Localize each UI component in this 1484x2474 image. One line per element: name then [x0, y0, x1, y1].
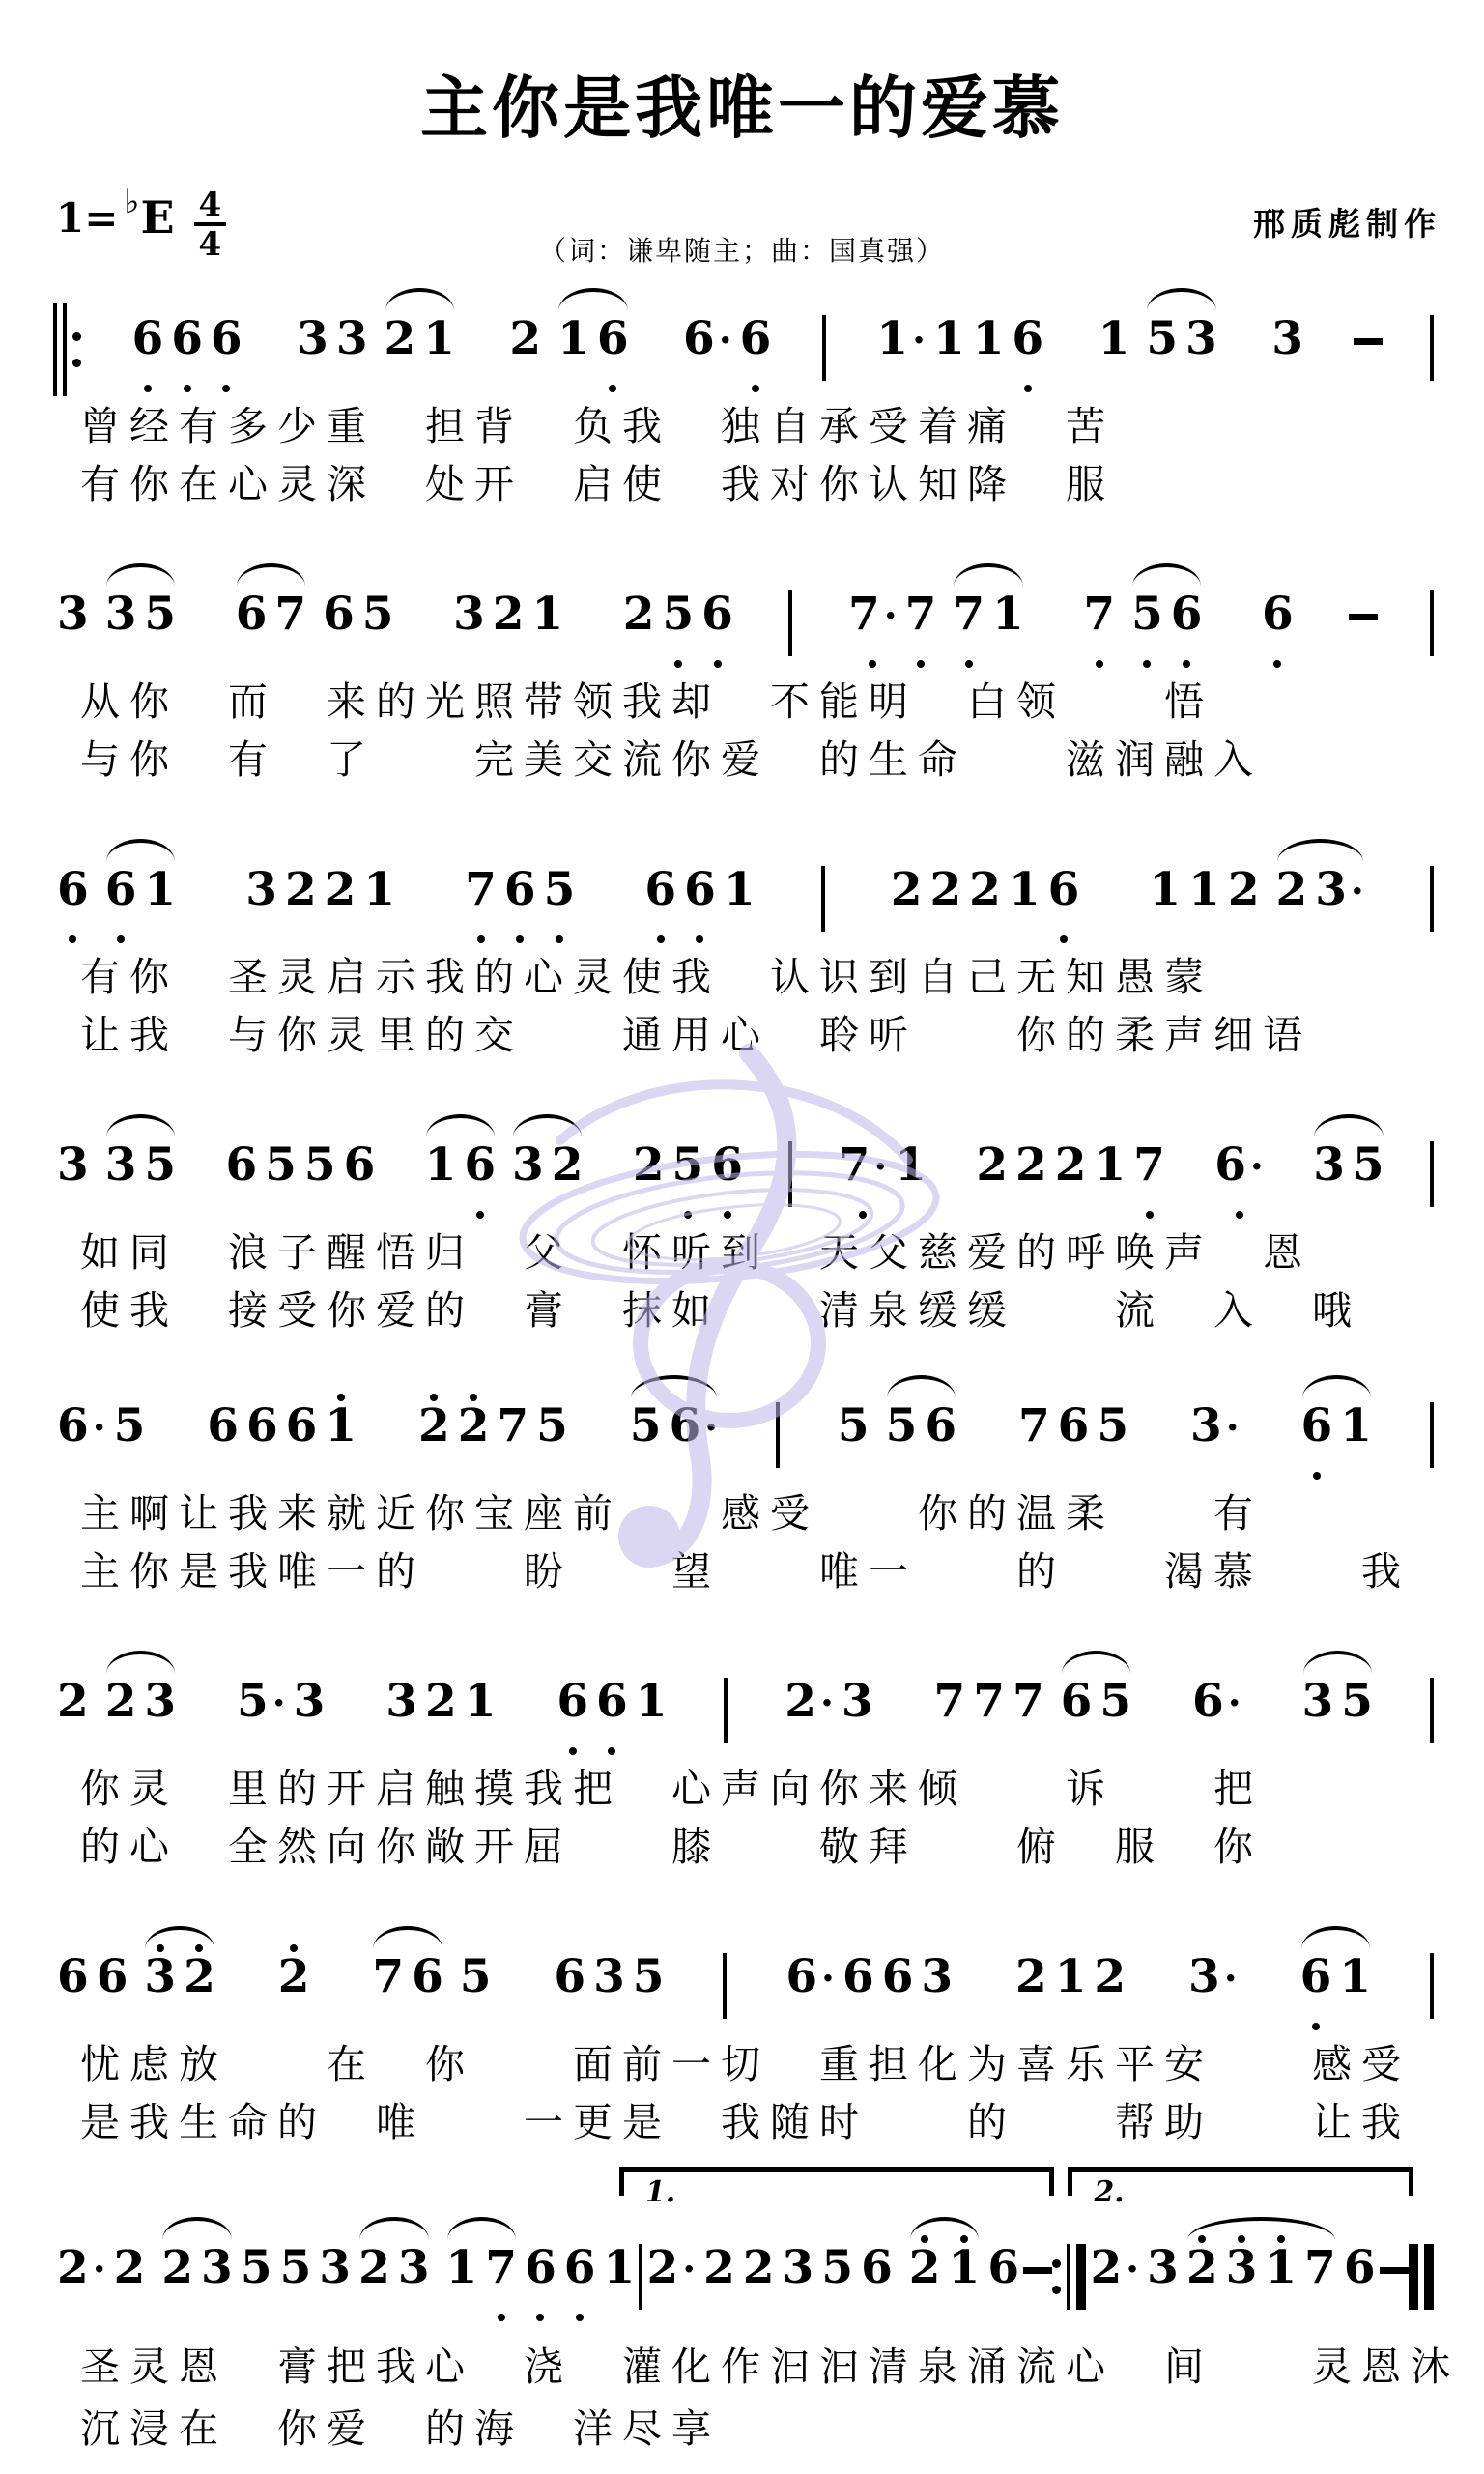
- note: 3: [779, 2232, 818, 2322]
- note: 6·: [1211, 1130, 1268, 1220]
- underline-beams: [1182, 364, 1221, 380]
- underline-beams: [629, 1191, 669, 1206]
- beat-cell: 256: [629, 1130, 747, 1220]
- underline-beams: [930, 1727, 970, 1742]
- underline-beams: [629, 2002, 669, 2018]
- note: 6: [593, 303, 633, 393]
- underline-beams: [926, 915, 965, 931]
- lyrics-line-1: 忧虑放 在 你 面前一切 重担化为喜乐平安 感受: [80, 2032, 1411, 2089]
- note-digit: 6: [1061, 1680, 1093, 1724]
- note-group: 321: [449, 579, 567, 669]
- repeat-dot: [1052, 2259, 1061, 2268]
- note: 6: [1340, 2232, 1380, 2322]
- note-digit: 6: [323, 592, 355, 637]
- note: 6: [984, 2232, 1023, 2322]
- note-digit: 5: [1099, 1680, 1131, 1724]
- notation-line: 66633212166·61·1161533: [53, 303, 1434, 396]
- lyrics-line-1: 圣灵恩 膏把我心 浇 灌化作汩汩清泉涌流心 间 灵恩沐 浴: [80, 2335, 1484, 2392]
- volta-bracket-2: 2.: [1068, 2167, 1413, 2196]
- note: 2: [281, 854, 321, 944]
- octave-dot-below: [1083, 655, 1115, 669]
- octave-dot-spacer: [886, 1467, 918, 1481]
- underline-beams: [358, 640, 398, 655]
- underline-beams: [1309, 1191, 1349, 1206]
- note-digit: 6: [211, 317, 243, 361]
- note-group: 2·223: [642, 2232, 817, 2322]
- note-digit: 2: [325, 868, 357, 912]
- note: 6: [232, 579, 271, 669]
- note-digit: 5: [144, 1143, 176, 1188]
- note-digit: 2·: [646, 2246, 696, 2290]
- barline: [788, 1141, 792, 1207]
- octave-dot-below: [544, 931, 576, 944]
- beat-cell: 35: [1309, 1130, 1387, 1220]
- underline-beams: [1184, 915, 1224, 931]
- underline-beams: [882, 1452, 922, 1467]
- underline-beams: [548, 1191, 587, 1206]
- note-group: 3: [1268, 303, 1307, 393]
- note-digit: 6: [1344, 2246, 1376, 2290]
- underline-beams: [237, 2293, 276, 2309]
- underline-beams: [1298, 1727, 1338, 1742]
- note-digit: 1: [325, 1404, 357, 1449]
- underline-beams: [619, 640, 659, 655]
- underline-beams: [1298, 1452, 1337, 1467]
- note-digit: 2: [278, 1955, 310, 1999]
- octave-dot-spacer: [1149, 931, 1181, 944]
- underline-beams: [1086, 2293, 1143, 2309]
- note-group: 56: [817, 2232, 896, 2322]
- octave-dot-spacer: [1185, 380, 1217, 393]
- octave-dot-spacer: [861, 2309, 893, 2322]
- underline-beams: [838, 1727, 877, 1742]
- note-digit: 6·: [57, 1404, 106, 1449]
- octave-dot-spacer: [973, 380, 1005, 393]
- beat-cell: 22217: [972, 1130, 1169, 1220]
- underline-beams: [449, 640, 489, 655]
- beat-cell: 1·116: [872, 303, 1047, 393]
- note: 7: [271, 579, 310, 669]
- note: 3: [589, 1942, 629, 2031]
- note: 6: [460, 1130, 499, 1220]
- underline-beams: [53, 2002, 93, 2018]
- note: 2: [110, 2232, 150, 2322]
- note: 5: [358, 579, 398, 669]
- octave-dot-spacer: [909, 2309, 941, 2322]
- note-digit: 7: [934, 1680, 966, 1724]
- note: 2: [1051, 1130, 1091, 1220]
- octave-dot-below: [1301, 1467, 1333, 1481]
- note-digit: 2: [969, 868, 1001, 912]
- note-group: 5·3: [233, 1666, 328, 1756]
- note-digit: 2: [358, 2246, 390, 2290]
- note: 6: [1008, 303, 1047, 393]
- underline-beams: [101, 1191, 141, 1206]
- underline-beams: [1145, 915, 1184, 931]
- octave-dot-below: [485, 2309, 517, 2322]
- underline-beams: [1335, 2002, 1375, 2018]
- beat-cell: 22216: [887, 854, 1084, 944]
- octave-dot-spacer: [385, 380, 416, 393]
- underline-beams: [878, 2002, 918, 2018]
- note: 1: [632, 1666, 671, 1756]
- underline-beams: [456, 2002, 496, 2018]
- note-digit: 3: [105, 592, 137, 637]
- beat-cell: 35: [1298, 1666, 1377, 1756]
- octave-dot-spacer: [934, 1742, 966, 1756]
- note-digit: 3: [453, 592, 485, 637]
- system-4: 335655616322567·1222176·35如同 浪子醒悟归 父 怀听到…: [53, 1108, 1434, 1381]
- note-digit: 3: [1147, 2246, 1179, 2290]
- note-group: 6661: [203, 1391, 360, 1481]
- octave-dot-below: [1300, 2018, 1332, 2031]
- note-group: 2·3: [781, 1666, 876, 1756]
- octave-dot-spacer: [105, 1742, 137, 1756]
- octave-dot-spacer: [57, 1467, 106, 1481]
- lyrics-line-2: 沉浸在 你爱 的海 洋尽享: [80, 2397, 721, 2454]
- octave-dot-spacer: [201, 2309, 233, 2322]
- note-digit: 6·: [683, 317, 732, 361]
- note-digit: 7: [1133, 1143, 1165, 1188]
- note: 3: [1143, 2232, 1183, 2322]
- note: 1: [140, 854, 180, 944]
- note: 2: [1090, 1942, 1129, 2031]
- lyrics-line-2: 使我 接受你爱的 膏 抹如 清泉缓缓 流 入 哦: [80, 1279, 1361, 1336]
- octave-dot-below: [740, 380, 772, 393]
- note-group: 6: [1340, 2232, 1380, 2322]
- final-barline: [1409, 2232, 1434, 2310]
- underline-beams: [281, 915, 321, 931]
- slur-group: 21: [381, 303, 459, 393]
- note-group: 6556: [221, 1130, 379, 1220]
- octave-dot-spacer: [1226, 2309, 1258, 2322]
- octave-dot-spacer: [593, 2018, 625, 2031]
- note-digit: 3: [1313, 1143, 1345, 1188]
- underline-beams: [381, 364, 420, 380]
- underline-beams: [1009, 1727, 1048, 1742]
- beat-cell: 321: [382, 1666, 499, 1756]
- underline-beams: [835, 1191, 892, 1206]
- octave-dot-spacer: [1190, 1467, 1240, 1481]
- note-digit: 1: [1339, 1955, 1371, 1999]
- note: 2·: [642, 2232, 699, 2322]
- beat-cell: 3221: [242, 854, 399, 944]
- beat-cell: 2317: [355, 2232, 521, 2322]
- underline-beams: [1090, 2002, 1129, 2018]
- beat-cell: 6·: [1211, 1130, 1268, 1220]
- note: 2: [739, 2232, 779, 2322]
- underline-beams: [1051, 1191, 1091, 1206]
- underline-beams: [274, 2002, 314, 2018]
- note: 2: [972, 1130, 1012, 1220]
- note-digit: 1: [992, 592, 1024, 637]
- note: 6: [93, 1942, 132, 2031]
- underline-beams: [554, 364, 593, 380]
- note-digit: 1: [604, 2246, 636, 2290]
- beat-cell: 2317: [1183, 2232, 1340, 2322]
- underline-beams: [300, 1191, 340, 1206]
- note: 7: [1009, 1666, 1048, 1756]
- beat-cell: 223: [53, 1666, 180, 1756]
- note: 5: [629, 1942, 669, 2031]
- note-group: 1: [1095, 303, 1134, 393]
- underline-beams: [642, 2293, 699, 2309]
- octave-dot-spacer: [225, 1206, 257, 1220]
- octave-dot-spacer: [1009, 931, 1041, 944]
- beat-cell: 6: [1258, 579, 1298, 669]
- underline-beams: [282, 1452, 322, 1467]
- underline-beams: [779, 2293, 818, 2309]
- underline-beams: [781, 1727, 838, 1742]
- slur-group: 71: [949, 579, 1027, 669]
- repeat-dot: [72, 332, 81, 341]
- note-group: 661: [521, 2232, 639, 2322]
- note-digit: 6: [556, 1680, 588, 1724]
- note: 7: [461, 854, 500, 944]
- underline-beams: [460, 1191, 499, 1206]
- underline-beams: [540, 915, 580, 931]
- slur-group: 35: [1298, 1666, 1377, 1756]
- note-group: 65: [319, 579, 397, 669]
- note-digit: 7: [953, 592, 985, 637]
- octave-dot-spacer: [1186, 2309, 1218, 2322]
- note-digit: 6·: [1192, 1680, 1241, 1724]
- note: 6: [408, 1942, 447, 2031]
- underline-beams: [1349, 1191, 1388, 1206]
- beat-cell: 2: [274, 1942, 314, 2031]
- note-digit: 5: [362, 592, 394, 637]
- octave-dot-spacer: [552, 1206, 584, 1220]
- note: 6: [921, 1391, 960, 1481]
- octave-dot-spacer: [554, 2018, 585, 2031]
- slur-group: 35: [101, 579, 180, 669]
- lyrics-line-2: 主你是我唯一的 盼 望 唯一 的 渴慕 我: [80, 1539, 1411, 1597]
- note-digit: 6: [1012, 317, 1043, 361]
- note: 6: [1044, 854, 1084, 944]
- note-digit: 5: [144, 592, 176, 637]
- note-digit: 6: [925, 1404, 956, 1449]
- underline-beams: [140, 2002, 180, 2018]
- note-digit: 2: [891, 868, 923, 912]
- octave-dot-spacer: [925, 1467, 956, 1481]
- barline: [1430, 866, 1434, 932]
- note: 3·: [1184, 1942, 1241, 2031]
- beat-cell: 3321: [293, 303, 459, 393]
- octave-dot-spacer: [57, 2018, 89, 2031]
- note: 1: [1184, 854, 1224, 944]
- octave-dot-spacer: [785, 1742, 834, 1756]
- underline-beams: [157, 2293, 197, 2309]
- barline: [1430, 315, 1434, 381]
- note: 1: [929, 303, 969, 393]
- underline-beams: [340, 1191, 380, 1206]
- note: 1: [988, 579, 1028, 669]
- note-digit: 3: [57, 1143, 89, 1188]
- note-digit: 7: [973, 1680, 1005, 1724]
- underline-beams: [1012, 2002, 1051, 2018]
- underline-beams: [1142, 364, 1182, 380]
- note-digit: 2: [458, 1404, 490, 1449]
- thick-barline: [1409, 2244, 1418, 2310]
- note-digit: 2: [1186, 2246, 1218, 2290]
- notation-line: 663227656356·6632123·61: [53, 1942, 1434, 2031]
- augmentation-dot: ·: [89, 2251, 106, 2289]
- note: 6·: [1188, 1666, 1245, 1756]
- beat-cell: 2·223: [642, 2232, 817, 2322]
- note: 2: [414, 1391, 454, 1481]
- note-digit: 2: [285, 868, 317, 912]
- note-digit: 3: [783, 2246, 814, 2290]
- note-digit: 7: [497, 1404, 528, 1449]
- barline: [63, 303, 67, 396]
- octave-dot-below: [597, 380, 629, 393]
- note: 5: [237, 2232, 276, 2322]
- note-digit: 2: [703, 2246, 735, 2290]
- underline-beams: [1336, 1452, 1376, 1467]
- note: 3·: [1311, 854, 1368, 944]
- octave-dot-spacer: [821, 2309, 853, 2322]
- note: 3: [508, 1130, 548, 1220]
- beat-cell: 256: [619, 579, 737, 669]
- slur-group: 21: [905, 2232, 984, 2322]
- note: 7: [493, 1391, 532, 1481]
- underline-beams: [101, 640, 141, 655]
- note-digit: 1: [425, 1143, 457, 1188]
- beat-cell: 61: [1297, 1942, 1375, 2031]
- octave-dot-spacer: [304, 1206, 336, 1220]
- note-digit: 1: [1340, 1404, 1372, 1449]
- note: 3: [101, 1130, 141, 1220]
- octave-dot-spacer: [969, 931, 1001, 944]
- underline-beams: [382, 1727, 421, 1742]
- underline-beams: [1014, 1452, 1054, 1467]
- note-digit: 5: [114, 1404, 146, 1449]
- beat-cell: 6·663: [782, 1942, 956, 2031]
- underline-beams: [442, 2293, 482, 2309]
- note-group: 666: [128, 303, 246, 393]
- note: 1: [969, 303, 1009, 393]
- octave-dot-spacer: [1228, 931, 1260, 944]
- underline-beams: [1340, 2293, 1380, 2309]
- beat-cell: 6632: [53, 1942, 219, 2031]
- maker-credit: 邢质彪制作: [1253, 199, 1441, 245]
- note-digit: 6·: [785, 1955, 835, 1999]
- note-digit: 3: [319, 2246, 351, 2290]
- octave-dot-spacer: [933, 380, 965, 393]
- beat-cell: 5·3: [233, 1666, 328, 1756]
- underline-beams: [1186, 1452, 1243, 1467]
- note: 3: [1309, 1130, 1349, 1220]
- octave-dot-spacer: [1013, 1742, 1044, 1756]
- beat-cell: 765: [461, 854, 579, 944]
- volta-bracket-1: 1.: [619, 2167, 1054, 2196]
- underline-beams: [140, 915, 180, 931]
- note-digit: 6: [564, 2246, 596, 2290]
- underline-beams: [592, 1727, 632, 1742]
- note-digit: 1: [895, 1143, 927, 1188]
- underline-beams: [1258, 640, 1298, 655]
- note: 7: [901, 579, 941, 669]
- note: 5: [300, 1130, 340, 1220]
- notation-line: 335655616322567·1222176·35: [53, 1130, 1434, 1220]
- underline-beams: [707, 1191, 747, 1206]
- underline-beams: [944, 2293, 984, 2309]
- slur-group: 23: [101, 1666, 180, 1756]
- note-digit: 3: [105, 1143, 137, 1188]
- note-digit: 5: [1353, 1143, 1384, 1188]
- octave-dot-spacer: [265, 1206, 297, 1220]
- note-digit: 6·: [1214, 1143, 1264, 1188]
- note: 6: [592, 1666, 632, 1756]
- slur-group: 17: [442, 2232, 521, 2322]
- lyrics-line-1: 有你 圣灵启示我的心灵使我 认识到自己无知愚蒙: [80, 945, 1213, 1002]
- octave-dot-spacer: [344, 1206, 376, 1220]
- slur-group: 23: [355, 2232, 433, 2322]
- note: 7: [1300, 2232, 1340, 2322]
- note-digit: 7: [465, 868, 497, 912]
- note-digit: 2: [929, 868, 961, 912]
- octave-dot-spacer: [236, 655, 268, 669]
- note: 6: [101, 854, 141, 944]
- octave-dot-spacer: [398, 2309, 430, 2322]
- octave-dot-spacer: [493, 655, 525, 669]
- underline-beams: [901, 640, 941, 655]
- underline-beams: [872, 364, 929, 380]
- octave-dot-below: [1048, 931, 1080, 944]
- note-digit: 1: [144, 868, 176, 912]
- octave-dot-spacer: [1192, 1742, 1241, 1756]
- beat-cell: 6·6: [679, 303, 775, 393]
- note-digit: 1: [423, 317, 455, 361]
- note: 6: [560, 2232, 600, 2322]
- octave-dot-spacer: [323, 655, 355, 669]
- octave-dot-below: [211, 380, 243, 393]
- note-group: 2·2: [53, 2232, 149, 2322]
- repeat-dot: [72, 359, 81, 367]
- underline-beams: [53, 1191, 93, 1206]
- octave-dot-spacer: [1090, 2309, 1139, 2322]
- note-digit: 3: [385, 1680, 417, 1724]
- underline-beams: [680, 915, 720, 931]
- lyrics-line-1: 如同 浪子醒悟归 父 怀听到 天父慈爱的呼唤声 恩: [80, 1221, 1312, 1278]
- slur-group: 61: [101, 854, 180, 944]
- note-group: 661: [553, 1666, 671, 1756]
- octave-dot-spacer: [1265, 2309, 1297, 2322]
- octave-dot-below: [1171, 655, 1203, 669]
- note-digit: 2: [1015, 1143, 1047, 1188]
- note: 7: [969, 1666, 1009, 1756]
- note: 2: [421, 1666, 461, 1756]
- underline-beams: [355, 2293, 394, 2309]
- octave-dot-spacer: [1099, 1742, 1131, 1756]
- octave-dot-spacer: [237, 1742, 286, 1756]
- octave-dot-spacer: [144, 1206, 176, 1220]
- system-1: 66633212166·61·1161533曾经有多少重 担背 负我 独自承受着…: [53, 282, 1434, 555]
- note-digit: 3·: [1315, 868, 1364, 912]
- note-digit: 6: [701, 592, 733, 637]
- octave-dot-spacer: [372, 2018, 404, 2031]
- underline-beams: [1211, 1191, 1268, 1206]
- beat-cell: 1632: [421, 1130, 587, 1220]
- slur-group: 35: [101, 1130, 180, 1220]
- note: 6: [698, 579, 737, 669]
- barline: [1430, 590, 1434, 656]
- underline-beams: [1297, 2002, 1336, 2018]
- octave-dot-below: [1133, 1206, 1165, 1220]
- underline-beams: [669, 1191, 708, 1206]
- note: 1: [1336, 1391, 1376, 1481]
- system-3: 66132217656612221611223·有你 圣灵启示我的心灵使我 认识…: [53, 833, 1434, 1106]
